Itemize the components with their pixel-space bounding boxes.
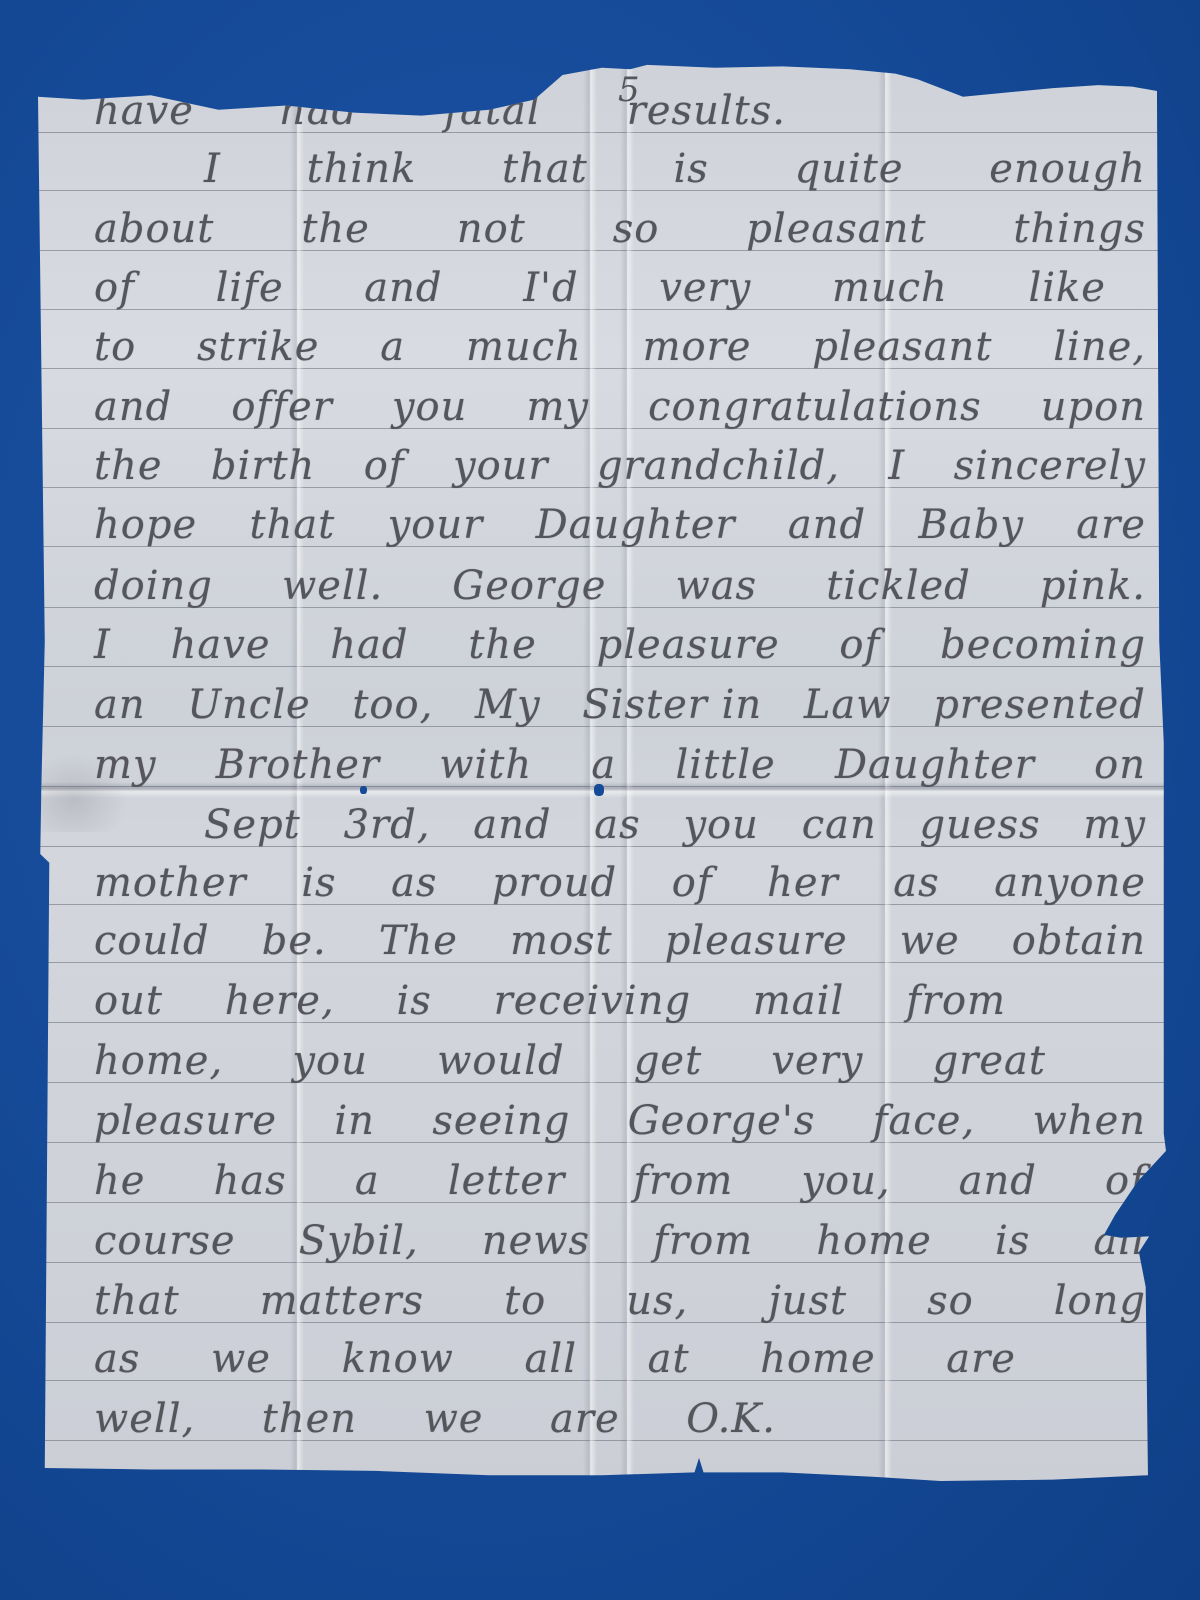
handwritten-word: a (591, 742, 616, 788)
handwritten-word: well. (282, 563, 383, 609)
handwritten-word: George (452, 563, 606, 609)
handwritten-line: hopethatyourDaughterandBabyare (94, 488, 1146, 548)
handwritten-word: are (946, 1336, 1016, 1382)
handwritten-word: receiving (494, 978, 691, 1024)
handwritten-word: line, (1053, 324, 1146, 370)
handwritten-word: George's (628, 1098, 816, 1144)
handwritten-word: is (995, 1218, 1030, 1264)
handwritten-word: Baby (918, 502, 1023, 548)
handwritten-word: long (1054, 1278, 1146, 1324)
handwritten-word: get (634, 1038, 702, 1084)
handwritten-word: can (802, 802, 877, 848)
handwritten-word: would (437, 1038, 564, 1084)
handwritten-line: doingwell.Georgewastickledpink. (94, 549, 1146, 609)
handwritten-word: life (216, 265, 284, 311)
handwritten-line: motherisasproudofherasanyone (94, 846, 1146, 906)
handwritten-word: upon (1041, 384, 1146, 430)
handwritten-word: all (1094, 1218, 1146, 1264)
handwritten-word: from (906, 978, 1006, 1024)
handwritten-word: so (613, 206, 660, 252)
handwritten-word: the (468, 622, 537, 668)
handwritten-word: tickled (826, 563, 971, 609)
handwritten-line: andofferyoumycongratulationsupon (94, 370, 1146, 430)
handwritten-line: Ihavehadthepleasureofbecoming (94, 608, 1146, 668)
handwritten-word: sincerely (954, 443, 1146, 489)
handwritten-line: anUncletoo,MySister inLawpresented (94, 668, 1146, 728)
handwritten-word: O.K. (686, 1396, 776, 1442)
handwritten-line: thebirthofyourgrandchild,Isincerely (94, 429, 1146, 489)
handwritten-word: home (816, 1218, 931, 1264)
handwritten-word: here, (225, 978, 335, 1024)
handwritten-word: pleasure (597, 622, 780, 668)
handwritten-word: we (900, 918, 960, 964)
handwritten-line: aboutthenotsopleasantthings (94, 192, 1146, 252)
handwritten-word: hope (94, 502, 197, 548)
handwritten-word: I (204, 146, 221, 192)
handwritten-line: home,youwouldgetverygreat (94, 1024, 1046, 1084)
handwritten-word: are (550, 1396, 620, 1442)
handwritten-word: in (334, 1098, 375, 1144)
handwritten-word: know (342, 1336, 454, 1382)
handwritten-line: tostrikeamuchmorepleasantline, (94, 310, 1146, 370)
handwritten-word: you (292, 1038, 367, 1084)
handwritten-word: strike (197, 324, 319, 370)
handwritten-word: Law (804, 682, 892, 728)
handwritten-word: the (301, 206, 370, 252)
handwritten-word: from (653, 1218, 753, 1264)
handwritten-word: 3rd, (344, 802, 431, 848)
handwritten-word: grandchild, (597, 443, 840, 489)
handwritten-word: offer (231, 384, 332, 430)
handwritten-word: we (424, 1396, 484, 1442)
handwritten-line: hehasaletterfromyou,andof (94, 1144, 1146, 1204)
handwritten-word: think (307, 146, 417, 192)
handwritten-word: you (683, 802, 758, 848)
handwritten-word: of (94, 265, 135, 311)
handwritten-word: results. (627, 88, 786, 134)
handwritten-word: Daughter (536, 502, 736, 548)
handwritten-word: have (171, 622, 271, 668)
handwritten-word: guess (920, 802, 1041, 848)
handwritten-word: is (674, 146, 709, 192)
handwritten-word: pleasure (94, 1098, 277, 1144)
handwritten-word: most (510, 918, 613, 964)
handwritten-word: of (364, 443, 405, 489)
handwritten-word: very (771, 1038, 863, 1084)
handwritten-word: a (380, 324, 405, 370)
handwritten-word: pleasant (746, 206, 926, 252)
handwritten-word: Daughter (835, 742, 1035, 788)
handwritten-word: all (525, 1336, 577, 1382)
handwritten-word: out (94, 978, 163, 1024)
handwritten-word: I'd (523, 265, 578, 311)
handwritten-word: things (1013, 206, 1146, 252)
handwritten-word: presented (933, 682, 1146, 728)
handwritten-word: so (927, 1278, 974, 1324)
handwritten-word: that (250, 502, 336, 548)
handwritten-word: you, (801, 1158, 890, 1204)
handwritten-word: pleasure (665, 918, 848, 964)
handwritten-word: great (933, 1038, 1046, 1084)
handwritten-word: enough (989, 146, 1146, 192)
handwritten-word: course (94, 1218, 236, 1264)
handwritten-word: a (355, 1158, 380, 1204)
handwritten-word: we (211, 1336, 271, 1382)
handwritten-word: The (379, 918, 458, 964)
handwritten-word: my (1083, 802, 1146, 848)
handwritten-line: asweknowallathomeare (94, 1322, 1016, 1382)
handwritten-word: very (659, 265, 751, 311)
handwritten-word: letter (448, 1158, 565, 1204)
handwritten-word: and (788, 502, 866, 548)
handwritten-word: just (768, 1278, 847, 1324)
handwritten-word: home, (94, 1038, 223, 1084)
handwritten-word: at (648, 1336, 690, 1382)
handwritten-word: more (643, 324, 752, 370)
handwritten-word: an (94, 682, 146, 728)
handwritten-word: my (526, 384, 589, 430)
handwritten-word: like (1028, 265, 1106, 311)
handwritten-word: had (280, 88, 358, 134)
handwritten-word: from (633, 1158, 733, 1204)
handwritten-word: birth (211, 443, 315, 489)
handwritten-word: home (760, 1336, 875, 1382)
handwritten-word: have (94, 88, 194, 134)
handwritten-line: outhere,isreceivingmailfrom (94, 964, 1006, 1024)
handwritten-word: becoming (940, 622, 1146, 668)
handwritten-word: be. (262, 918, 327, 964)
handwritten-word: matters (260, 1278, 424, 1324)
handwritten-word: your (453, 443, 549, 489)
handwritten-word: mother (94, 860, 247, 906)
handwritten-word: congratulations (648, 384, 982, 430)
handwritten-word: as (391, 860, 437, 906)
handwritten-word: to (94, 324, 136, 370)
handwritten-word: had (330, 622, 408, 668)
handwritten-word: he (94, 1158, 145, 1204)
handwritten-line: well,thenweareO.K. (94, 1382, 776, 1442)
handwritten-word: and (364, 265, 442, 311)
handwritten-word: that (502, 146, 588, 192)
handwritten-word: to (504, 1278, 546, 1324)
handwritten-word: is (301, 860, 336, 906)
handwritten-word: Sister in (582, 682, 762, 728)
handwritten-word: are (1076, 502, 1146, 548)
handwritten-word: as (893, 860, 939, 906)
handwritten-word: doing (94, 563, 213, 609)
handwritten-word: quite (795, 146, 904, 192)
handwritten-line: pleasureinseeingGeorge'sface,when (94, 1084, 1146, 1144)
handwritten-word: has (214, 1158, 287, 1204)
handwritten-word: with (439, 742, 532, 788)
handwritten-word: too, (352, 682, 433, 728)
handwritten-word: and (959, 1158, 1037, 1204)
handwritten-word: My (475, 682, 541, 728)
handwritten-word: you (392, 384, 467, 430)
handwritten-word: is (397, 978, 432, 1024)
handwritten-word: then (262, 1396, 357, 1442)
handwritten-word: was (675, 563, 757, 609)
handwritten-word: not (457, 206, 526, 252)
handwritten-word: fatal (444, 88, 540, 134)
handwritten-word: on (1094, 742, 1146, 788)
handwritten-word: of (1105, 1158, 1146, 1204)
handwritten-word: much (832, 265, 948, 311)
handwritten-line: myBrotherwithalittleDaughteron (94, 728, 1146, 788)
handwritten-word: Uncle (187, 682, 310, 728)
handwritten-word: and (473, 802, 551, 848)
handwritten-line: Ithinkthatisquiteenough (94, 132, 1146, 192)
handwritten-word: as (594, 802, 640, 848)
handwritten-word: little (676, 742, 776, 788)
handwritten-line: couldbe.Themostpleasureweobtain (94, 904, 1146, 964)
handwritten-word: of (839, 622, 880, 668)
handwritten-word: pink. (1040, 563, 1146, 609)
handwritten-word: the (94, 443, 163, 489)
handwritten-word: about (94, 206, 214, 252)
handwritten-line: havehadfatalresults. (94, 74, 786, 134)
handwritten-word: that (94, 1278, 180, 1324)
handwritten-word: I (94, 622, 111, 668)
handwritten-line: Sept3rd,andasyoucanguessmy (94, 788, 1146, 848)
handwritten-word: when (1033, 1098, 1146, 1144)
handwritten-word: of (672, 860, 713, 906)
handwritten-word: us, (626, 1278, 688, 1324)
handwritten-word: I (888, 443, 905, 489)
handwritten-word: mail (753, 978, 844, 1024)
handwritten-word: obtain (1012, 918, 1146, 964)
handwritten-word: my (94, 742, 157, 788)
handwritten-word: proud (492, 860, 617, 906)
handwritten-word: could (94, 918, 210, 964)
handwritten-word: Sybil, (299, 1218, 419, 1264)
handwritten-word: Brother (216, 742, 380, 788)
handwritten-line: oflifeandI'dverymuchlike (94, 251, 1106, 311)
handwritten-word: much (466, 324, 582, 370)
handwritten-word: seeing (432, 1098, 570, 1144)
handwritten-word: your (388, 502, 484, 548)
handwritten-word: anyone (994, 860, 1146, 906)
handwritten-line: thatmatterstous,justsolong (94, 1264, 1146, 1324)
handwritten-word: pleasant (812, 324, 992, 370)
handwritten-word: and (94, 384, 172, 430)
handwritten-word: her (767, 860, 839, 906)
letter-page: 5 havehadfatalresults.Ithinkthatisquitee… (38, 62, 1166, 1510)
handwritten-word: news (482, 1218, 590, 1264)
handwritten-word: Sept (204, 802, 301, 848)
handwritten-word: well, (94, 1396, 195, 1442)
handwritten-word: face, (873, 1098, 975, 1144)
handwritten-line: courseSybil,newsfromhomeisall (94, 1204, 1146, 1264)
handwritten-word: as (94, 1336, 140, 1382)
